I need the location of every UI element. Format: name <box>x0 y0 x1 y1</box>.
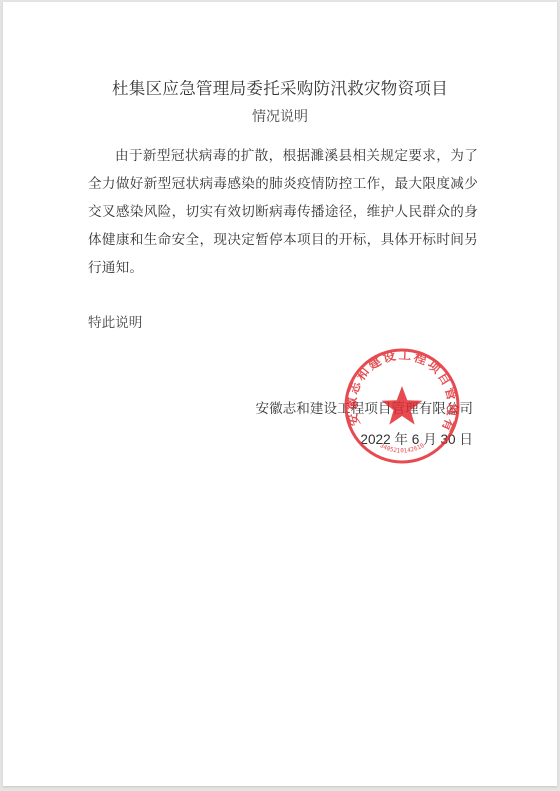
star-icon <box>382 386 423 425</box>
company-seal: 安徽志和建设工程项目管理有限公司 3405210142610 <box>342 346 462 466</box>
document-title: 杜集区应急管理局委托采购防汛救灾物资项目 <box>3 75 557 99</box>
document-subtitle: 情况说明 <box>3 106 557 126</box>
seal-serial-number: 3405210142610 <box>379 442 426 455</box>
body-paragraph: 由于新型冠状病毒的扩散，根据濉溪县相关规定要求，为了全力做好新型冠状病毒感染的肺… <box>88 142 478 282</box>
document-page: 杜集区应急管理局委托采购防汛救灾物资项目 情况说明 由于新型冠状病毒的扩散，根据… <box>3 2 557 786</box>
closing-line: 特此说明 <box>88 311 142 331</box>
